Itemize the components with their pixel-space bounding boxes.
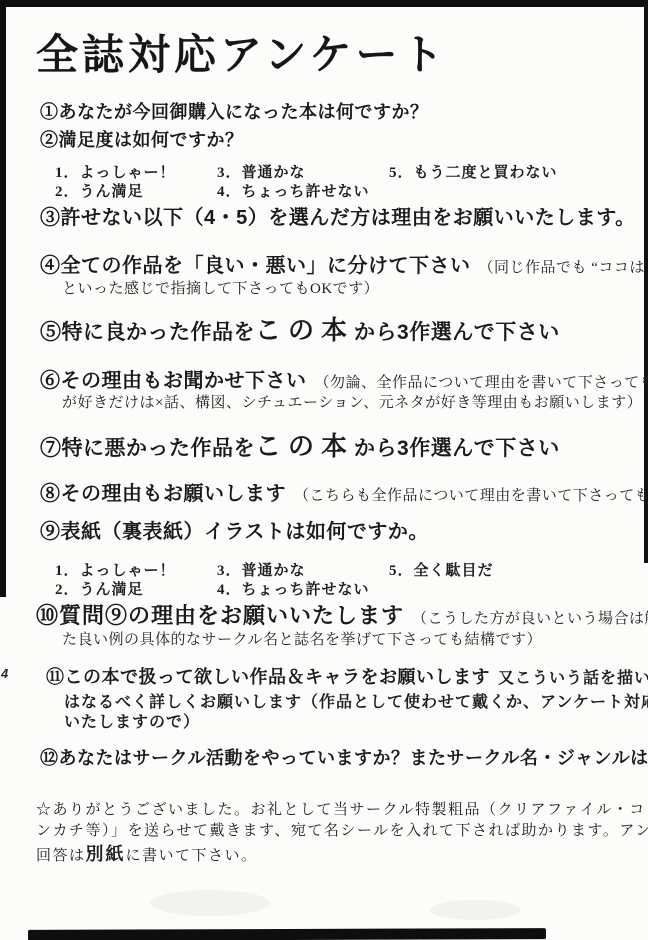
question-10-note-line2: た良い例の具体的なサークル名と誌名を挙げて下さっても結構です） <box>62 628 542 649</box>
scan-border-bottom <box>28 928 546 940</box>
question-11: ⑪この本で扱って欲しい作品＆キャラをお願いします 又こういう話を描いてくれという… <box>46 663 648 689</box>
question-2: ②満足度は如何ですか？ <box>40 126 244 152</box>
question-4-text: ④全ての作品を「良い・悪い」に分けて下さい <box>40 249 471 278</box>
question-2-options: 1．よっしゃー！ 3．普通かな 5．もう二度と買わない 2．うん満足 4．ちょっ… <box>55 161 558 199</box>
question-9: ⑨表紙（裏表紙）イラストは如何ですか。 <box>40 515 429 544</box>
question-7-pre: ⑦特に悪かった作品を <box>40 437 255 460</box>
question-5-post: から3作選んで下さい <box>354 321 560 344</box>
scan-border-top <box>0 0 648 7</box>
question-11-line3: いたしますので） <box>64 709 200 732</box>
margin-pen-mark: 4 <box>1 666 8 681</box>
question-8-text: ⑧その理由もお願いします <box>40 477 286 506</box>
question-4-note: （同じ作品でも “ココは良いけどココは悪い” <box>479 256 648 277</box>
option-item: 2．うん満足 <box>55 180 217 199</box>
question-10-text: ⑩質問⑨の理由をお願いいたします <box>36 599 404 630</box>
question-8: ⑧その理由もお願いします （こちらも全作品について理由を書いて下さってもOKです… <box>40 477 648 506</box>
question-5-this-book: この本 <box>255 316 354 345</box>
footer-line2: ンカチ等）」を送らせて戴きます、宛て名シールを入れて下されば助かります。アンケー… <box>36 819 648 840</box>
question-4-note-line2: といった感じで指摘して下さってもOKです） <box>62 277 379 298</box>
option-item: 1．よっしゃー！ <box>55 161 217 180</box>
question-10: ⑩質問⑨の理由をお願いいたします （こうした方が良いという場合は解説をお願いしま… <box>36 599 648 630</box>
page-title: 全誌対応アンケート <box>36 22 447 82</box>
question-3: ③許せない以下（4・5）を選んだ方は理由をお願いいたします。 <box>40 201 636 230</box>
footer-line3-pre: 回答は <box>36 848 86 864</box>
question-11-text: ⑪この本で扱って欲しい作品＆キャラをお願いします <box>46 663 490 689</box>
option-item: 1．よっしゃー！ <box>55 559 217 578</box>
option-item: 5．全く駄目だ <box>389 559 494 578</box>
option-item: 4．ちょっち許せない <box>217 578 389 597</box>
question-5-pre: ⑤特に良かった作品を <box>40 321 255 344</box>
footer-separate-sheet: 別紙 <box>86 844 126 864</box>
question-6-text: ⑥その理由もお聞かせ下さい <box>40 364 307 393</box>
question-6-note: （勿論、全作品について理由を書いて下さっても構いません。絵 <box>315 371 648 392</box>
option-item: 3．普通かな <box>217 161 389 180</box>
option-item: 2．うん満足 <box>55 578 217 597</box>
scan-border-left <box>0 0 6 597</box>
footer-line1: ☆ありがとうございました。お礼として当サークル特製粗品（クリアファイル・コピー本… <box>36 798 648 819</box>
question-7-this-book: この本 <box>255 432 354 461</box>
option-item: 3．普通かな <box>217 559 389 578</box>
question-6-note-line2: が好きだけは×話、構図、シチュエーション、元ネタが好き等理由もお願いします） <box>62 391 642 412</box>
question-1: ①あなたが今回御購入になった本は何ですか？ <box>40 98 429 124</box>
footer-line3: 回答は別紙に書いて下さい。 <box>36 840 258 866</box>
option-item: 4．ちょっち許せない <box>217 180 389 199</box>
question-9-options: 1．よっしゃー！ 3．普通かな 5．全く駄目だ 2．うん満足 4．ちょっち許せな… <box>55 559 494 597</box>
question-8-note: （こちらも全作品について理由を書いて下さってもOKです） <box>294 484 648 505</box>
question-11-side-note: 又こういう話を描いてくれという場合 <box>498 665 648 688</box>
question-10-note: （こうした方が良いという場合は解説をお願いします。ま <box>412 607 648 628</box>
question-4: ④全ての作品を「良い・悪い」に分けて下さい （同じ作品でも “ココは良いけどココ… <box>40 249 648 278</box>
question-7: ⑦特に悪かった作品をこの本から3作選んで下さい <box>40 426 560 463</box>
question-12: ⑫あなたはサークル活動をやっていますか？またサークル名・ジャンルは何ですか <box>40 744 648 770</box>
question-6: ⑥その理由もお聞かせ下さい （勿論、全作品について理由を書いて下さっても構いませ… <box>40 364 648 393</box>
scanned-questionnaire-page: 全誌対応アンケート ①あなたが今回御購入になった本は何ですか？ ②満足度は如何で… <box>0 0 648 940</box>
option-item: 5．もう二度と買わない <box>389 161 558 180</box>
question-7-post: から3作選んで下さい <box>354 437 560 460</box>
question-5: ⑤特に良かった作品をこの本から3作選んで下さい <box>40 310 560 347</box>
scan-smudge <box>430 900 520 920</box>
scan-smudge <box>150 890 270 916</box>
footer-line3-post: に書いて下さい。 <box>126 848 258 864</box>
